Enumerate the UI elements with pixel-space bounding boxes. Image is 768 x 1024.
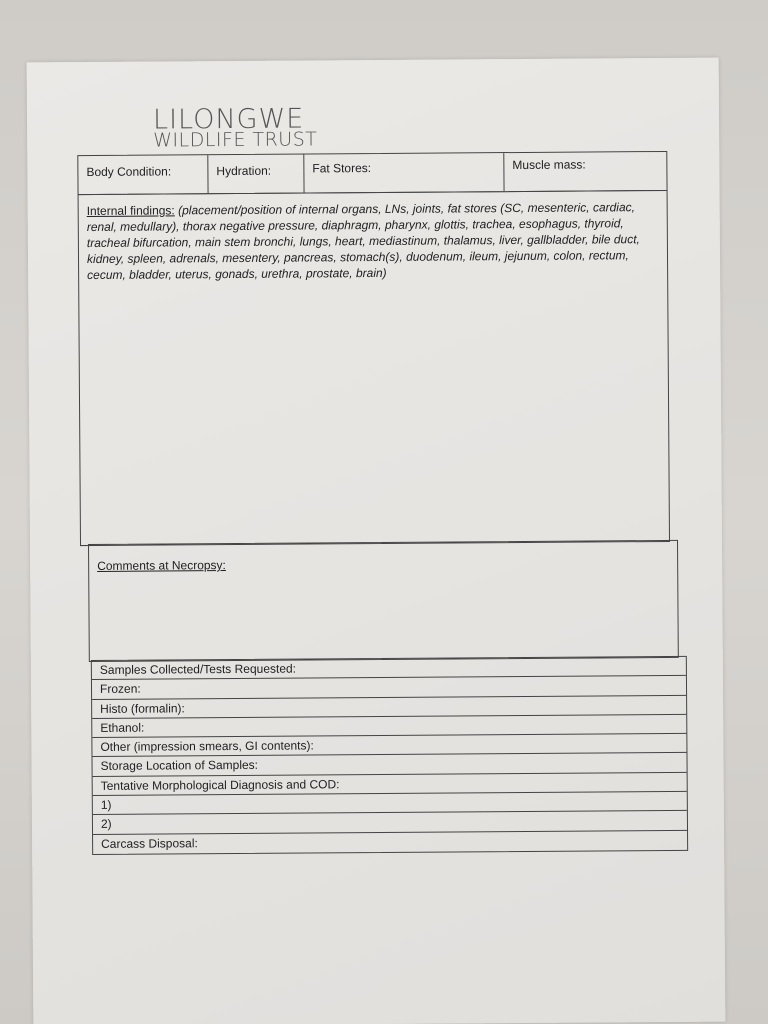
- body-condition-field[interactable]: Body Condition:: [78, 155, 208, 194]
- samples-table: Samples Collected/Tests Requested: Froze…: [91, 656, 688, 855]
- internal-findings-field[interactable]: Internal findings: (placement/position o…: [78, 190, 670, 546]
- muscle-mass-field[interactable]: Muscle mass:: [504, 152, 666, 191]
- comments-field[interactable]: Comments at Necropsy:: [88, 540, 679, 662]
- hydration-field[interactable]: Hydration:: [208, 154, 304, 193]
- comments-label: Comments at Necropsy:: [97, 558, 226, 573]
- fat-stores-field[interactable]: Fat Stores:: [304, 153, 504, 192]
- row-carcass-disposal[interactable]: Carcass Disposal:: [93, 831, 687, 854]
- paper-form: LILONGWE WILDLIFE TRUST Body Condition: …: [27, 58, 726, 1024]
- logo-line2: WILDLIFE TRUST: [153, 130, 317, 150]
- logo: LILONGWE WILDLIFE TRUST: [153, 105, 317, 150]
- internal-findings-label: Internal findings:: [87, 203, 175, 218]
- header-fields-row: Body Condition: Hydration: Fat Stores: M…: [77, 151, 667, 195]
